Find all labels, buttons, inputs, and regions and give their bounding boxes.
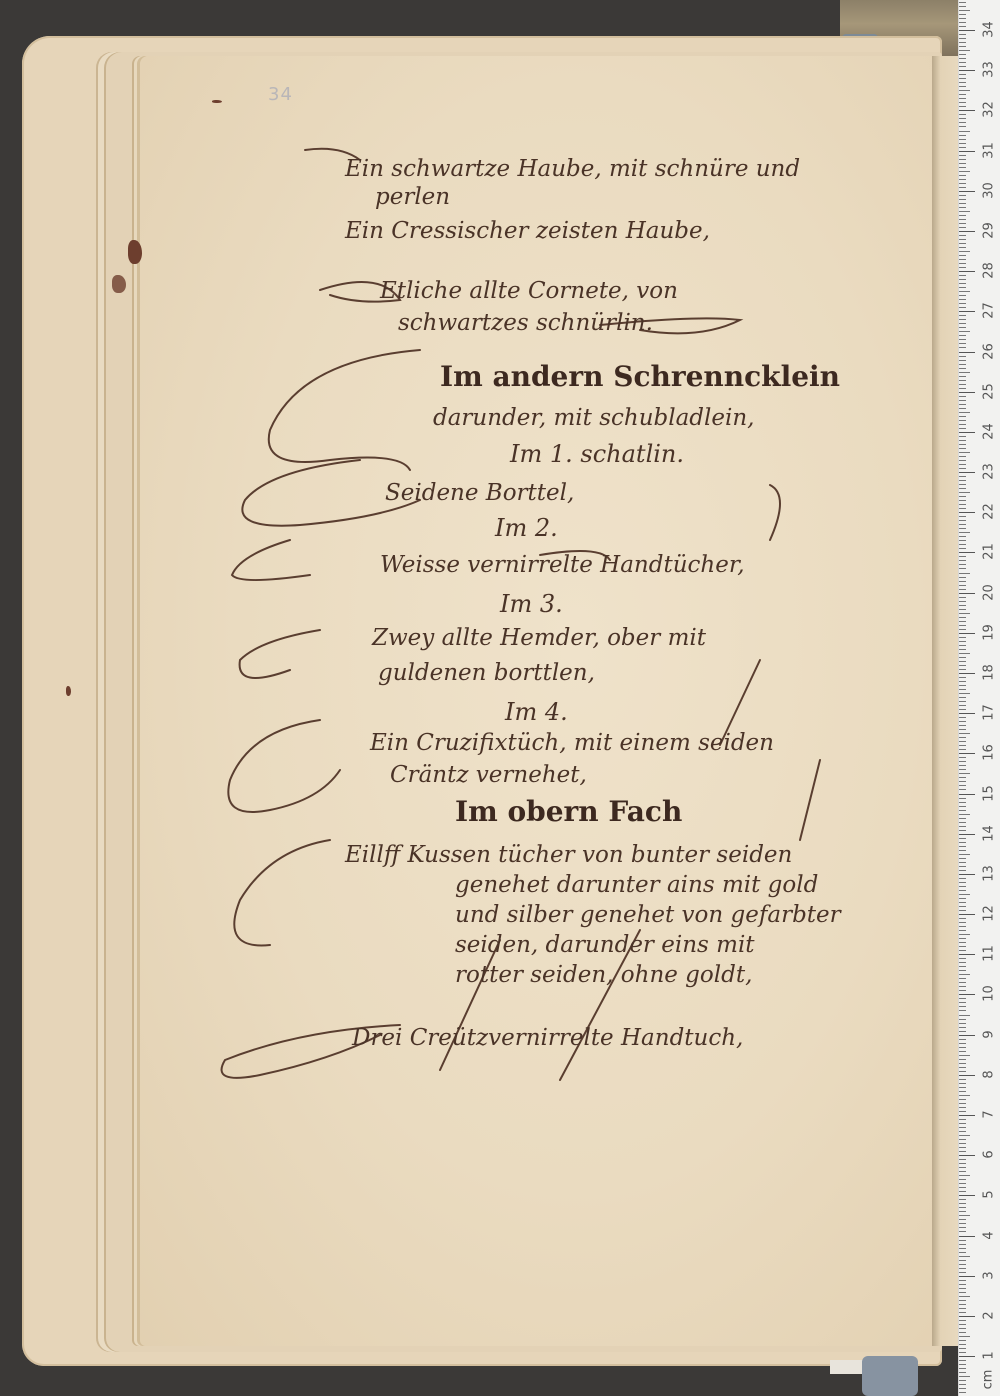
ruler-tick [959, 235, 966, 236]
ruler-tick [959, 934, 970, 935]
ruler-tick [959, 26, 966, 27]
ruler-tick [959, 452, 970, 453]
ruler-tick [959, 343, 966, 344]
ruler-tick [959, 826, 966, 827]
ruler-tick [959, 1360, 966, 1361]
ruler-tick [959, 540, 966, 541]
ruler-tick [959, 657, 966, 658]
ruler-tick [959, 38, 966, 39]
manuscript-line: Ein Cressischer zeisten Haube, [345, 218, 710, 244]
ruler-tick [959, 307, 966, 308]
ruler-tick [959, 319, 966, 320]
ruler-tick [959, 661, 966, 662]
ruler-tick [959, 552, 975, 553]
ruler-tick [959, 1067, 966, 1068]
ruler-tick [959, 175, 966, 176]
ruler-tick [959, 866, 966, 867]
ruler-tick [959, 271, 975, 272]
ruler-tick [959, 1376, 970, 1377]
ruler-tick [959, 412, 970, 413]
ruler-tick [959, 1316, 975, 1317]
ruler-tick [959, 492, 970, 493]
ruler-tick [959, 110, 975, 111]
ruler-tick [959, 488, 966, 489]
ruler-tick [959, 327, 966, 328]
folio-number: 34 [268, 84, 293, 105]
ruler-tick [959, 275, 966, 276]
ruler-tick [959, 838, 966, 839]
ruler-label: 33 [982, 60, 997, 80]
ruler-tick [959, 1344, 966, 1345]
ruler-tick [959, 605, 966, 606]
ruler-tick [959, 1167, 966, 1168]
ruler-tick [959, 709, 966, 710]
ruler-tick [959, 295, 966, 296]
ruler-tick [959, 14, 966, 15]
ruler-tick [959, 822, 966, 823]
ruler-tick [959, 677, 966, 678]
manuscript-line: Cräntz vernehet, [390, 762, 587, 788]
ruler-tick [959, 215, 966, 216]
ruler-tick [959, 1175, 970, 1176]
ruler-tick [959, 910, 966, 911]
ruler-tick [959, 400, 966, 401]
ruler-tick [959, 633, 975, 634]
ruler-tick [959, 187, 966, 188]
ruler-label: 23 [982, 462, 997, 482]
ruler-tick [959, 179, 966, 180]
ruler-tick [959, 958, 966, 959]
ruler-tick [959, 98, 966, 99]
ruler-tick [959, 637, 966, 638]
ruler-tick [959, 496, 966, 497]
ruler-tick [959, 78, 966, 79]
ruler-tick [959, 794, 975, 795]
ruler-tick [959, 713, 975, 714]
ruler-tick [959, 1071, 966, 1072]
ruler-tick [959, 1111, 966, 1112]
ruler-tick [959, 1244, 966, 1245]
ruler-tick [959, 70, 975, 71]
ruler-tick [959, 818, 966, 819]
ruler-tick [959, 858, 966, 859]
ruler-tick [959, 854, 970, 855]
ruler-tick [959, 560, 966, 561]
ruler-tick [959, 1240, 966, 1241]
binding-fragment-white [830, 1360, 864, 1374]
ruler-tick [959, 621, 966, 622]
ruler-tick [959, 1380, 966, 1381]
ruler-tick [959, 846, 966, 847]
ruler-tick [959, 1083, 966, 1084]
ruler-tick [959, 798, 966, 799]
manuscript-line: seiden, darunder eins mit [455, 932, 755, 958]
ruler-tick [959, 18, 966, 19]
manuscript-line: guldenen borttlen, [378, 660, 595, 686]
ruler-label: 28 [982, 261, 997, 281]
ruler-tick [959, 585, 966, 586]
ruler-tick [959, 966, 966, 967]
ruler-tick [959, 1143, 966, 1144]
ruler-tick [959, 66, 966, 67]
ruler-tick [959, 1043, 966, 1044]
ruler-tick [959, 532, 970, 533]
ruler-tick [959, 311, 975, 312]
ruler-tick [959, 360, 966, 361]
ruler-tick [959, 368, 966, 369]
ruler-tick [959, 364, 966, 365]
ruler-label: 7 [982, 1104, 997, 1124]
ruler-tick [959, 613, 970, 614]
ruler-tick [959, 504, 966, 505]
ruler-tick [959, 1191, 966, 1192]
ruler-label: 18 [982, 662, 997, 682]
ruler-tick [959, 777, 966, 778]
ruler-tick [959, 625, 966, 626]
ruler-tick [959, 1211, 966, 1212]
ruler-tick [959, 1312, 966, 1313]
ruler-label: 30 [982, 180, 997, 200]
ruler-tick [959, 183, 966, 184]
ruler-label: 11 [982, 944, 997, 964]
ruler-tick [959, 1300, 966, 1301]
manuscript-line: Drei Creützvernirrelte Handtuch, [352, 1025, 743, 1051]
ruler-label: 17 [982, 703, 997, 723]
manuscript-line: darunder, mit schubladlein, [433, 405, 754, 431]
ruler-tick [959, 520, 966, 521]
ruler-tick [959, 593, 975, 594]
ruler-label: 19 [982, 622, 997, 642]
ruler-label: 4 [982, 1225, 997, 1245]
ruler-tick [959, 167, 966, 168]
ruler-label: 22 [982, 502, 997, 522]
ruler-label: 15 [982, 783, 997, 803]
ruler-tick [959, 914, 975, 915]
ruler-tick [959, 243, 966, 244]
manuscript-line: Etliche allte Cornete, von [380, 278, 678, 304]
ruler-tick [959, 785, 966, 786]
ruler-tick [959, 195, 966, 196]
ruler-tick [959, 1187, 966, 1188]
ruler-tick [959, 886, 966, 887]
ruler-tick [959, 114, 966, 115]
ruler-tick [959, 508, 966, 509]
ruler-tick [959, 1091, 966, 1092]
ruler-tick [959, 781, 966, 782]
ruler-tick [959, 347, 966, 348]
ruler-tick [959, 802, 966, 803]
ruler-tick [959, 163, 966, 164]
ruler-tick [959, 1103, 966, 1104]
ruler-tick [959, 729, 966, 730]
manuscript-line: Seidene Borttel, [385, 480, 574, 506]
ruler-tick [959, 1131, 966, 1132]
ruler-tick [959, 62, 966, 63]
ruler-tick [959, 102, 966, 103]
manuscript-line: Ein schwartze Haube, mit schnüre und [345, 156, 800, 182]
ruler-tick [959, 1171, 966, 1172]
ruler-tick [959, 761, 966, 762]
ruler-tick [959, 681, 966, 682]
ruler-tick [959, 151, 975, 152]
ruler-tick [959, 1384, 966, 1385]
ruler-tick [959, 629, 966, 630]
ruler-tick [959, 946, 966, 947]
ruler-tick [959, 998, 966, 999]
ruler-tick [959, 1304, 966, 1305]
ruler-tick [959, 721, 966, 722]
ruler-tick [959, 926, 966, 927]
ruler-tick [959, 512, 975, 513]
ruler-tick [959, 1336, 970, 1337]
ruler-tick [959, 1039, 966, 1040]
manuscript-line: schwartzes schnürlin. [398, 310, 653, 336]
ruler-tick [959, 564, 966, 565]
ruler-tick [959, 408, 966, 409]
manuscript-line: genehet darunter ains mit gold [455, 872, 818, 898]
ruler-tick [959, 725, 966, 726]
ruler-tick [959, 834, 975, 835]
ruler-tick [959, 1328, 966, 1329]
ruler-tick [959, 701, 966, 702]
ruler-tick [959, 203, 966, 204]
ruler-tick [959, 372, 970, 373]
ruler-tick [959, 1055, 970, 1056]
ruler-tick [959, 1268, 966, 1269]
ruler-tick [959, 693, 970, 694]
ruler-tick [959, 1019, 966, 1020]
ruler-tick [959, 356, 966, 357]
ruler-tick [959, 697, 966, 698]
ruler-tick [959, 1079, 966, 1080]
ruler-tick [959, 50, 970, 51]
ruler-tick [959, 1151, 966, 1152]
ruler-tick [959, 42, 966, 43]
ruler-tick [959, 930, 966, 931]
ruler-label: 5 [982, 1185, 997, 1205]
ruler-tick [959, 689, 966, 690]
manuscript-index: Im 4. [505, 698, 568, 726]
ruler-tick [959, 789, 966, 790]
ruler-tick [959, 299, 966, 300]
ruler-tick [959, 122, 966, 123]
ruler-tick [959, 376, 966, 377]
ruler-tick [959, 1352, 966, 1353]
ruler-tick [959, 986, 966, 987]
manuscript-line: perlen [375, 184, 450, 210]
ruler-tick [959, 46, 966, 47]
manuscript-heading: Im andern Schrenncklein [440, 360, 840, 393]
ruler-tick [959, 1179, 966, 1180]
ruler-tick [959, 1063, 966, 1064]
ruler-tick [959, 830, 966, 831]
ruler-tick [959, 331, 970, 332]
ruler-tick [959, 733, 970, 734]
ruler-tick [959, 480, 966, 481]
ruler-tick [959, 1308, 966, 1309]
ruler-tick [959, 1252, 966, 1253]
ruler-tick [959, 259, 966, 260]
ruler-tick [959, 1147, 966, 1148]
manuscript-line: und silber genehet von gefarbter [455, 902, 841, 928]
ruler-tick [959, 135, 966, 136]
ruler-tick [959, 392, 975, 393]
ruler-tick [959, 974, 970, 975]
ruler-tick [959, 1288, 966, 1289]
ruler-label: 31 [982, 140, 997, 160]
ruler-tick [959, 890, 966, 891]
ruler-tick [959, 673, 975, 674]
ruler-tick [959, 22, 966, 23]
ruler-tick [959, 420, 966, 421]
ruler-tick [959, 898, 966, 899]
ruler-tick [959, 1348, 966, 1349]
ruler-tick [959, 850, 966, 851]
ruler-tick [959, 773, 970, 774]
ruler-tick [959, 1027, 966, 1028]
ruler-tick [959, 247, 966, 248]
ruler-tick [959, 315, 966, 316]
ruler-tick [959, 199, 966, 200]
ruler-tick [959, 30, 975, 31]
ruler-tick [959, 1340, 966, 1341]
ruler-tick [959, 938, 966, 939]
ruler-tick [959, 1087, 966, 1088]
ruler-tick [959, 577, 966, 578]
ruler-label: 34 [982, 20, 997, 40]
ruler-unit-label: cm [981, 1370, 996, 1390]
ruler-tick [959, 352, 975, 353]
ruler-tick [959, 765, 966, 766]
ruler-tick [959, 267, 966, 268]
manuscript-line: Ein Cruzifixtüch, mit einem seiden [370, 730, 774, 756]
ruler-tick [959, 1127, 966, 1128]
ruler-label: 32 [982, 100, 997, 120]
ruler-tick [959, 283, 966, 284]
ruler-tick [959, 1260, 966, 1261]
ruler-tick [959, 568, 966, 569]
ruler-label: 16 [982, 743, 997, 763]
ruler-tick [959, 1135, 970, 1136]
ruler-tick [959, 436, 966, 437]
ruler-tick [959, 665, 966, 666]
ruler-tick [959, 906, 966, 907]
ruler-tick [959, 223, 966, 224]
ruler-tick [959, 1199, 966, 1200]
manuscript-index: Im 1. schatlin. [510, 440, 684, 468]
ruler-tick [959, 669, 966, 670]
ruler-tick [959, 918, 966, 919]
ruler-tick [959, 1392, 966, 1393]
ruler-tick [959, 396, 966, 397]
ruler-tick [959, 705, 966, 706]
ruler-tick [959, 171, 970, 172]
ruler-tick [959, 1183, 966, 1184]
ruler-label: 12 [982, 904, 997, 924]
ruler-tick [959, 757, 966, 758]
manuscript-index: Im 2. [495, 514, 558, 542]
ruler-tick [959, 741, 966, 742]
ruler-tick [959, 384, 966, 385]
ruler-tick [959, 1324, 966, 1325]
ruler-tick [959, 444, 966, 445]
ruler-tick [959, 1276, 975, 1277]
ruler-tick [959, 902, 966, 903]
ruler-tick [959, 94, 966, 95]
ruler-tick [959, 942, 966, 943]
ruler-tick [959, 34, 966, 35]
ruler-tick [959, 476, 966, 477]
ruler-tick [959, 106, 966, 107]
ruler-tick [959, 139, 966, 140]
ruler-tick [959, 1006, 966, 1007]
ruler-tick [959, 131, 970, 132]
ruler-tick [959, 1388, 966, 1389]
ruler-tick [959, 191, 975, 192]
manuscript-line: rotter seiden, ohne goldt, [455, 962, 752, 988]
manuscript-line: Zwey allte Hemder, ober mit [372, 625, 706, 651]
ruler-tick [959, 74, 966, 75]
ruler-tick [959, 556, 966, 557]
ruler-tick [959, 279, 966, 280]
ruler-tick [959, 954, 975, 955]
ruler-label: 29 [982, 220, 997, 240]
ruler-tick [959, 90, 970, 91]
ruler-label: 3 [982, 1265, 997, 1285]
ruler-tick [959, 1364, 966, 1365]
ruler-tick [959, 2, 966, 3]
ruler-tick [959, 645, 966, 646]
manuscript-index: Im 3. [500, 590, 563, 618]
ruler-tick [959, 1031, 966, 1032]
ruler-tick [959, 1163, 966, 1164]
ruler-tick [959, 339, 966, 340]
ruler-label: 8 [982, 1064, 997, 1084]
ruler-tick [959, 814, 970, 815]
ruler-tick [959, 753, 975, 754]
page-gutter [932, 56, 960, 1346]
ruler-tick [959, 219, 966, 220]
manuscript-heading: Im obern Fach [455, 795, 682, 828]
ruler-tick [959, 1095, 970, 1096]
ruler-tick [959, 1368, 966, 1369]
ruler-tick [959, 416, 966, 417]
ruler-tick [959, 263, 966, 264]
ruler-tick [959, 950, 966, 951]
ruler-tick [959, 207, 966, 208]
ruler-tick [959, 1159, 966, 1160]
ruler-tick [959, 749, 966, 750]
ruler-tick [959, 251, 970, 252]
ink-stain [112, 275, 126, 293]
centimeter-ruler: 1234567891011121314151617181920212223242… [958, 0, 1000, 1396]
ruler-tick [959, 962, 966, 963]
ruler-tick [959, 745, 966, 746]
ruler-tick [959, 448, 966, 449]
ruler-label: 26 [982, 341, 997, 361]
ruler-tick [959, 58, 966, 59]
ruler-tick [959, 388, 966, 389]
ruler-tick [959, 472, 975, 473]
ruler-tick [959, 424, 966, 425]
ruler-tick [959, 1002, 966, 1003]
ruler-tick [959, 1372, 966, 1373]
ruler-tick [959, 126, 966, 127]
ink-spot [212, 100, 222, 103]
ruler-tick [959, 1035, 975, 1036]
ruler-tick [959, 227, 966, 228]
ruler-tick [959, 982, 966, 983]
